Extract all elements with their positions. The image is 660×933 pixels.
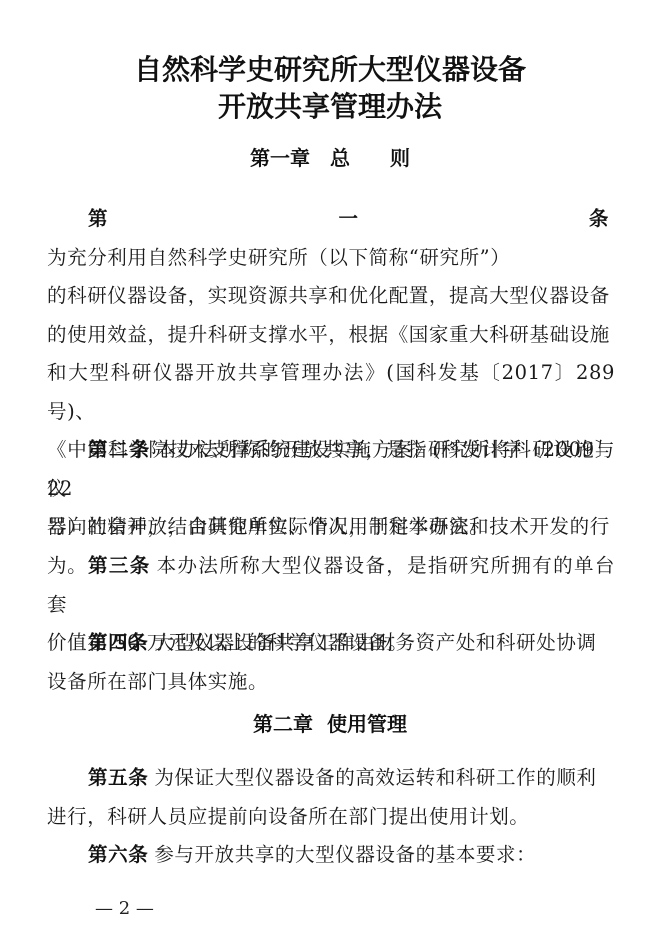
chapter-label: 第一章 [250, 146, 310, 170]
article-4: 第四条大型仪器设备共享工作由财务资产处和科研处协调 设备所在部门具体实施。 [47, 624, 615, 701]
article-text: 大型仪器设备共享工作由财务资产处和科研处协调 [154, 631, 596, 654]
chapter-name: 使用管理 [327, 712, 407, 736]
article-text: 器向社会开放，由其他单位、个人用于科学研究和技术开发的行 [47, 508, 615, 547]
article-text: 为充分利用自然科学史研究所（以下简称“研究所”） [47, 246, 510, 269]
article-text: 设备所在部门具体实施。 [47, 663, 615, 702]
article-label: 第五条 [88, 766, 148, 789]
document-title-line-1: 自然科学史研究所大型仪器设备 [0, 52, 660, 88]
chapter-label: 第二章 [253, 712, 313, 736]
article-text: 的科研仪器设备，实现资源共享和优化配置，提高大型仪器设备 [47, 277, 615, 316]
article-text: 参与开放共享的大型仪器设备的基本要求： [154, 843, 536, 866]
chapter-heading-2: 第二章使用管理 [0, 710, 660, 738]
article-text: 和大型科研仪器开放共享管理办法》(国科发基〔2017〕289 号)、 [47, 354, 615, 431]
article-label: 第六条 [88, 843, 148, 866]
article-5: 第五条为保证大型仪器设备的高效运转和科研工作的顺利 进行，科研人员应提前向设备所… [47, 759, 615, 836]
document-page: 自然科学史研究所大型仪器设备 开放共享管理办法 第一章总 则 第一条为充分利用自… [0, 0, 660, 933]
article-label: 第一条 [88, 207, 609, 230]
article-label: 第三条 [88, 554, 151, 577]
page-number: — 2 — [95, 897, 154, 921]
article-text: 进行，科研人员应提前向设备所在部门提出使用计划。 [47, 798, 615, 837]
article-text: 为保证大型仪器设备的高效运转和科研工作的顺利 [154, 766, 596, 789]
article-label: 第二条 [88, 438, 151, 461]
article-text: 的使用效益，提升科研支撑水平，根据《国家重大科研基础设施 [47, 316, 615, 355]
article-6: 第六条参与开放共享的大型仪器设备的基本要求： [47, 836, 615, 875]
chapter-heading-1: 第一章总 则 [0, 144, 660, 172]
chapter-name: 总 则 [330, 146, 410, 170]
article-label: 第四条 [88, 631, 148, 654]
document-title-line-2: 开放共享管理办法 [0, 89, 660, 125]
